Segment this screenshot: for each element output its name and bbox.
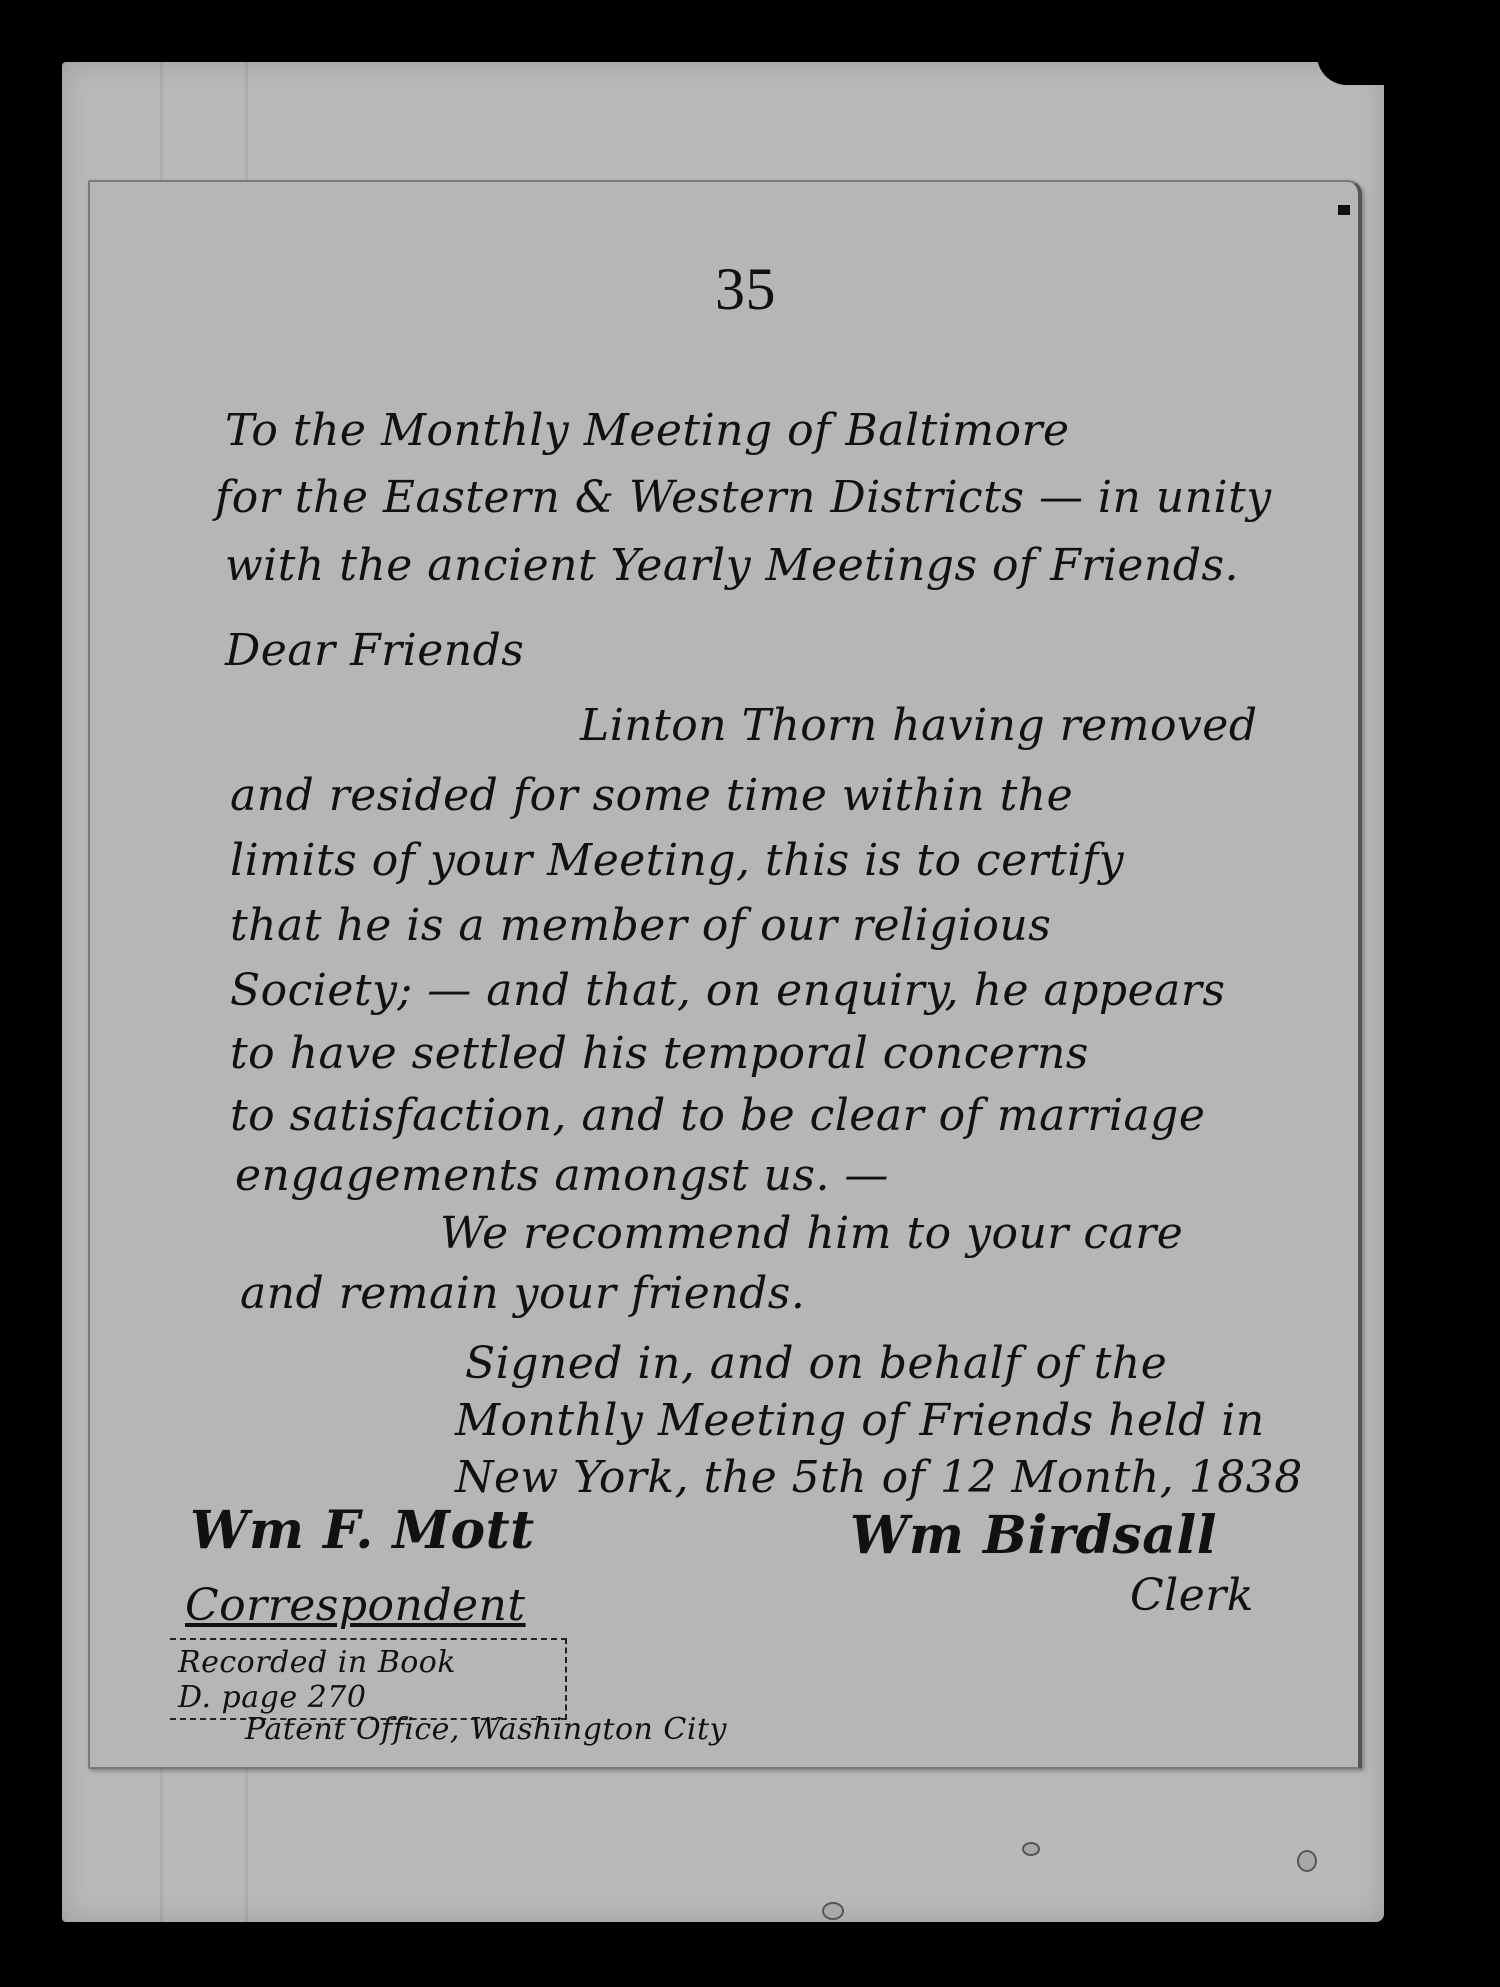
punch-hole [1022,1842,1040,1856]
closing-line: Monthly Meeting of Friends held in [455,1395,1265,1446]
body-line: Linton Thorn having removed [580,700,1258,751]
punch-hole [1297,1850,1317,1872]
closing-line: Signed in, and on behalf of the [465,1338,1167,1389]
body-line: that he is a member of our religious [230,900,1051,951]
body-line: engagements amongst us. — [235,1150,889,1201]
body-line: and remain your friends. [240,1268,805,1319]
signature-right: Wm Birdsall [850,1505,1217,1566]
salutation: Dear Friends [225,625,524,676]
signature-left: Wm F. Mott [190,1500,535,1561]
signature-left-title: Correspondent [185,1580,526,1631]
body-line: Society; — and that, on enquiry, he appe… [230,965,1225,1016]
signature-right-title: Clerk [1130,1570,1254,1621]
record-note: Recorded in Book [178,1645,456,1680]
address-note: Patent Office, Washington City [245,1712,727,1747]
closing-line: New York, the 5th of 12 Month, 1838 [455,1452,1303,1503]
record-note: D. page 270 [178,1680,366,1715]
body-line: and resided for some time within the [230,770,1073,821]
address-line: for the Eastern & Western Districts — in… [215,472,1272,523]
body-line: to satisfaction, and to be clear of marr… [230,1090,1205,1141]
ink-blot [1338,205,1350,215]
body-line: We recommend him to your care [440,1208,1183,1259]
body-line: to have settled his temporal concerns [230,1028,1089,1079]
address-line: with the ancient Yearly Meetings of Frie… [225,540,1239,591]
punch-hole [822,1902,844,1920]
page-number: 35 [715,255,776,324]
body-line: limits of your Meeting, this is to certi… [230,835,1124,886]
address-line: To the Monthly Meeting of Baltimore [225,405,1070,456]
